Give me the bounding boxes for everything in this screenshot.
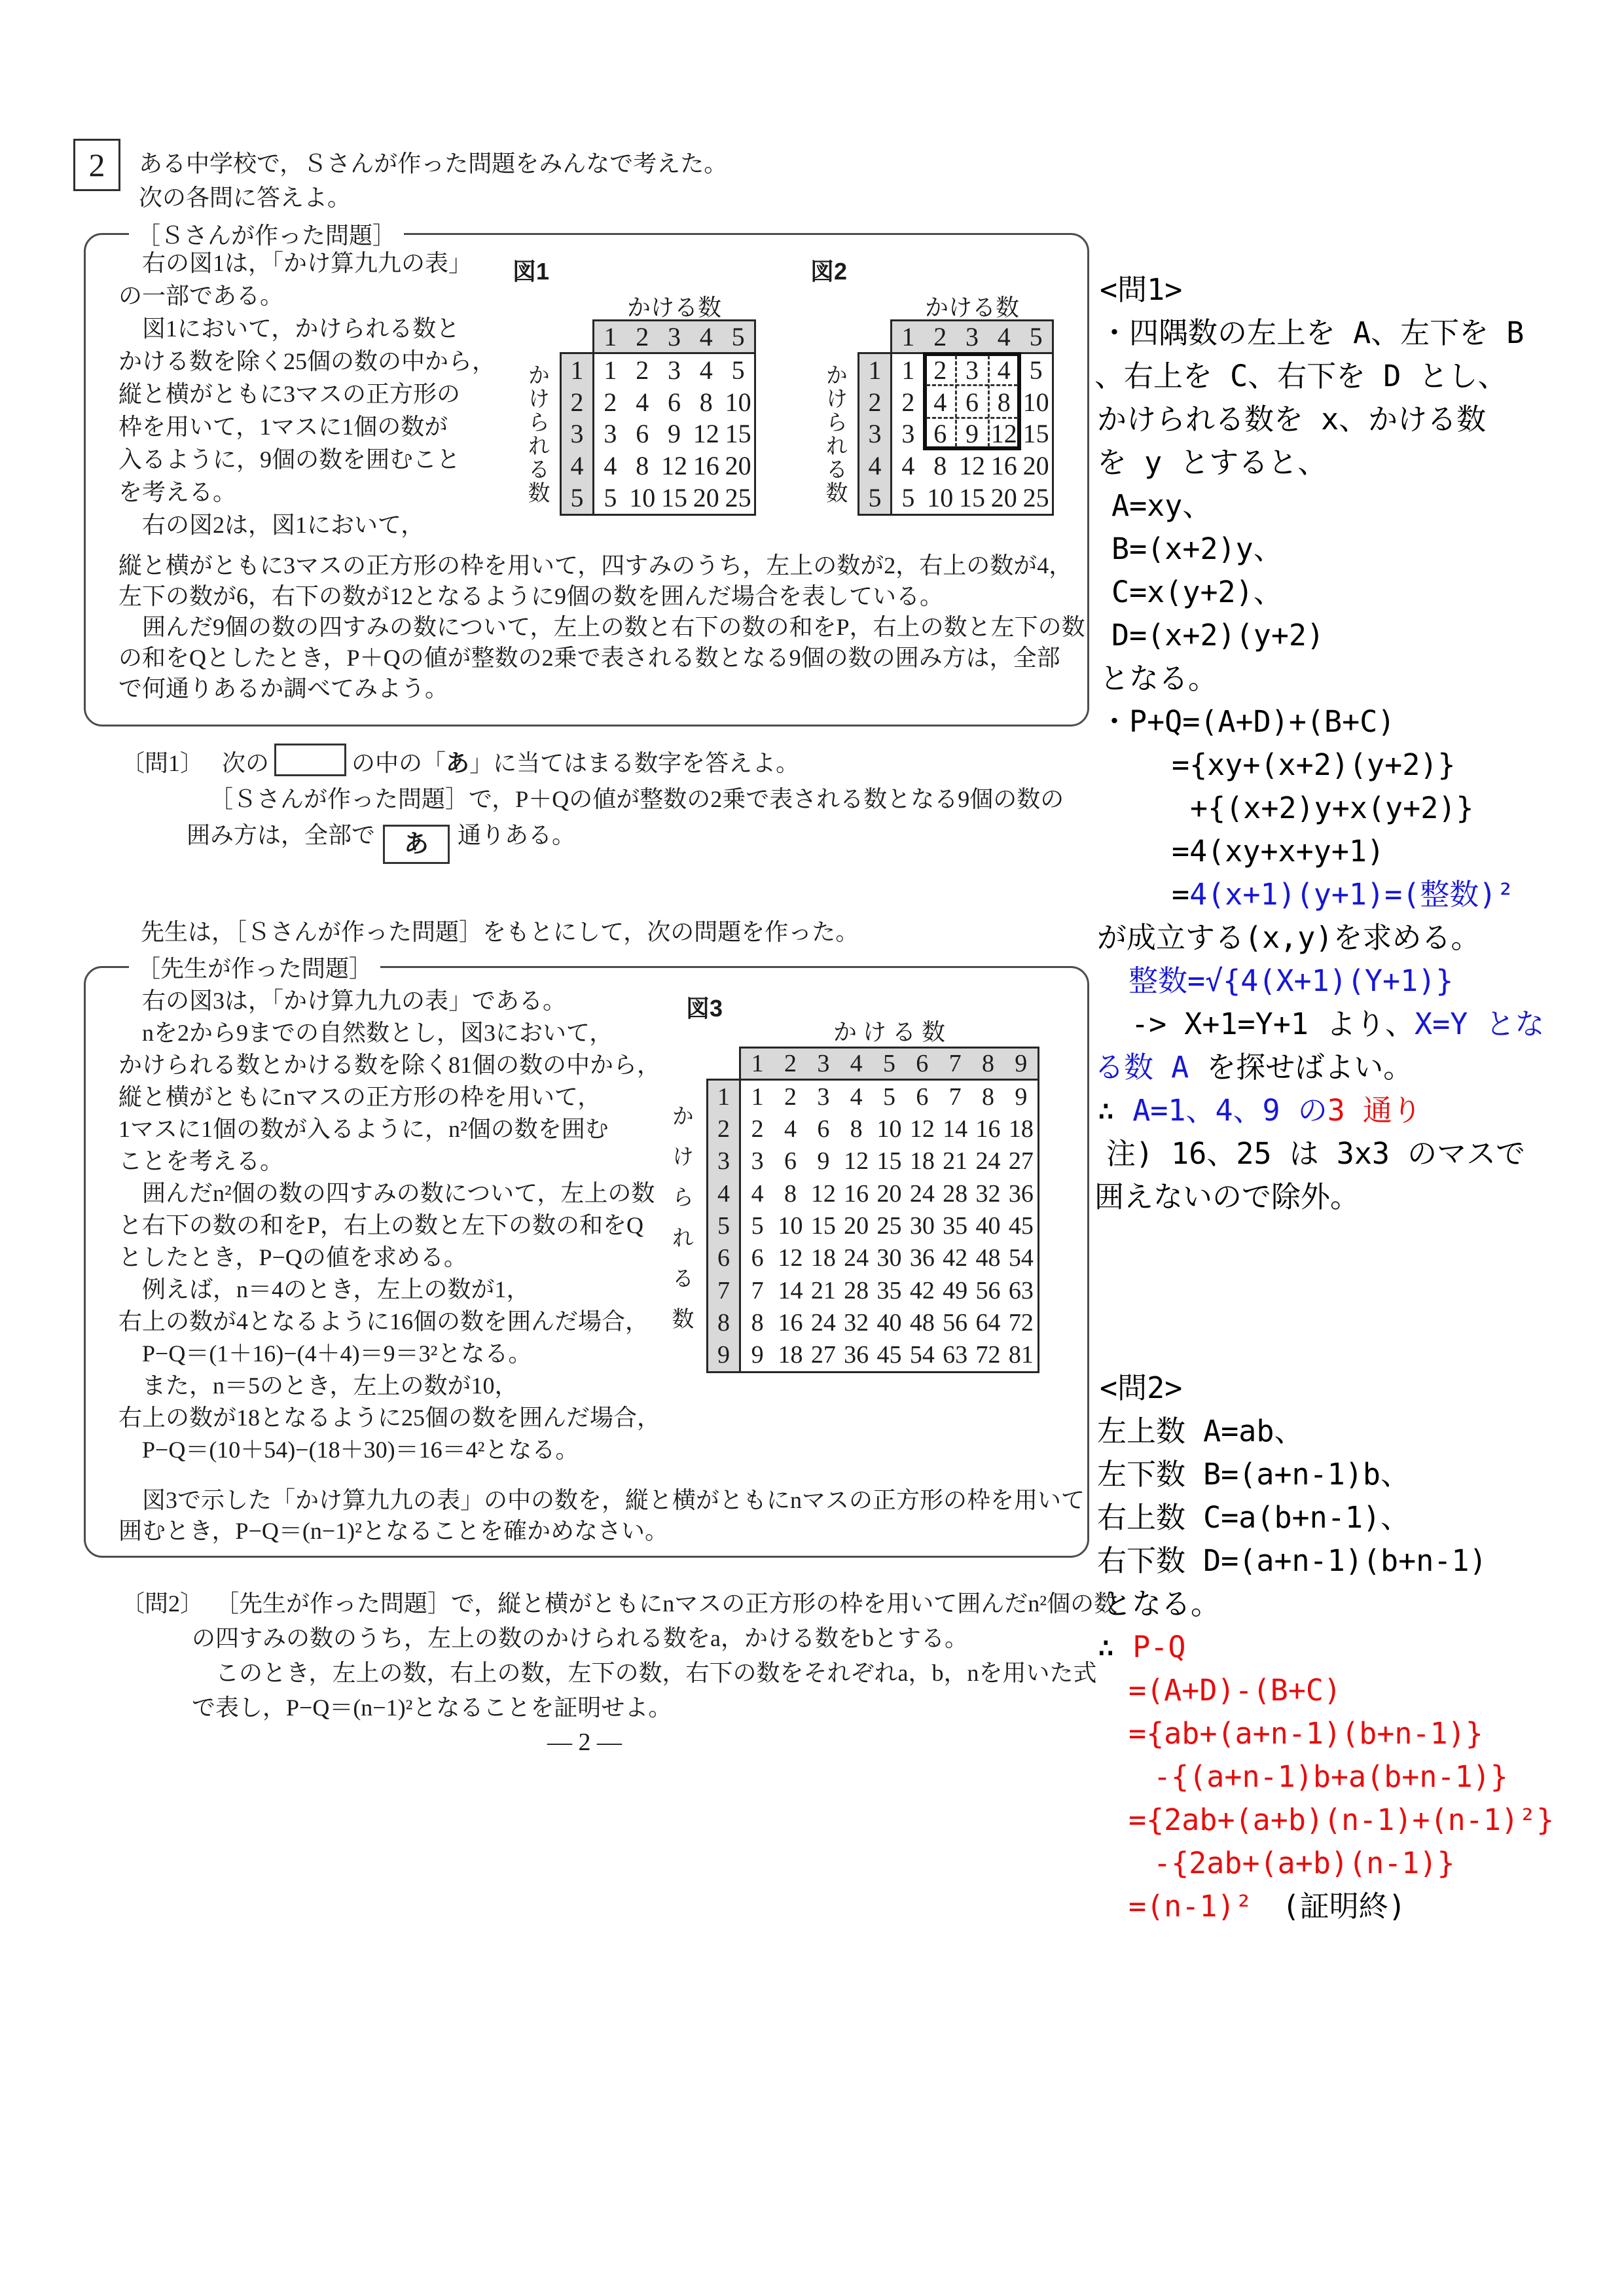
solution-line: D=(x+2)(y+2) <box>1094 614 1544 657</box>
box1-line: の和をQとしたとき，P＋Qの値が整数の2乗で表される数となる9個の数の囲み方は，… <box>118 643 1085 673</box>
solution-line: を y とすると、 <box>1094 441 1544 484</box>
figure-label: 図2 <box>810 253 847 287</box>
table-header-cell: 8 <box>708 1306 739 1338</box>
table-cell: 8 <box>741 1306 774 1338</box>
table-header-cell: 4 <box>840 1049 873 1079</box>
table-cell: 42 <box>906 1274 939 1306</box>
multiplication-table: 1234567891234567891234567892468101214161… <box>706 1047 1039 1373</box>
table-cell: 56 <box>939 1306 971 1338</box>
box1-line: 縦と横がともに3マスの正方形の <box>118 378 496 410</box>
table-cell: 72 <box>971 1339 1004 1371</box>
box2-line: と右下の数の和をP，右上の数と左下の数の和をQ <box>118 1210 660 1242</box>
table-cell: 16 <box>840 1177 873 1210</box>
table-header-cell: 9 <box>708 1339 739 1371</box>
table-cell: 9 <box>807 1145 840 1177</box>
table-cell: 28 <box>840 1274 873 1306</box>
solution-line: 注) 16、25 は 3x3 のマスで <box>1094 1132 1544 1175</box>
table-cell: 20 <box>988 482 1020 514</box>
table-header-cell: 4 <box>690 321 722 352</box>
table-cell: 6 <box>774 1145 806 1177</box>
table-cell: 2 <box>741 1113 774 1145</box>
table-cell: 6 <box>741 1242 774 1274</box>
box2-line: P−Q＝(10＋54)−(18＋30)＝16＝4²となる。 <box>118 1434 660 1466</box>
box2-line: 図3で示した「かけ算九九の表」の中の数を，縦と横がともにnマスの正方形の枠を用い… <box>118 1485 1085 1516</box>
table-cell: 7 <box>741 1274 774 1306</box>
solution-text-segment: C=x(y+2)、 <box>1111 575 1283 609</box>
table-header-cell: 1 <box>892 321 924 352</box>
solution-text-segment: を探せばよい。 <box>1206 1050 1413 1085</box>
multiplicand-axis-label: かけられる数 <box>520 352 552 516</box>
q1-text: 通りある。 <box>458 822 575 848</box>
table-cell: 4 <box>626 386 659 418</box>
solution-text-segment: が成立する(x,y)を求める。 <box>1097 920 1480 955</box>
table-header-cell: 3 <box>807 1049 840 1079</box>
solution-text-segment: ・四隅数の左上を A、左下を B <box>1100 315 1524 350</box>
table-body: 1234567892468101214161836912151821242748… <box>739 1079 1039 1373</box>
solution-text-segment: <問1> <box>1100 272 1182 307</box>
box2-line: 右上の数が4となるように16個の数を囲んだ場合， <box>118 1306 660 1338</box>
solution-line: 右下数 D=(a+n-1)(b+n-1) <box>1094 1539 1554 1583</box>
table-cell: 14 <box>774 1274 806 1306</box>
multiplier-axis-label: か け る 数 <box>739 1014 1039 1047</box>
table-header-cell: 6 <box>906 1049 939 1079</box>
table-cell: 10 <box>924 482 956 514</box>
table-header-cell: 9 <box>1005 1049 1038 1079</box>
table-cell: 45 <box>1005 1210 1038 1242</box>
table-cell: 18 <box>1005 1113 1038 1145</box>
table-header-column: 123456789 <box>706 1079 739 1373</box>
table-cell: 24 <box>971 1145 1004 1177</box>
solution-line: ∴ P-Q <box>1094 1626 1554 1669</box>
handwritten-solution-q1: <問1>・四隅数の左上を A、左下を B、右上を C、右下を D とし、かけられ… <box>1094 268 1544 1219</box>
table-cell: 4 <box>690 354 722 386</box>
table-cell: 5 <box>873 1081 905 1113</box>
solution-text-segment: ={ab+(a+n-1)(b+n-1)} <box>1128 1716 1483 1751</box>
table-header-cell: 2 <box>859 386 890 418</box>
table-header-cell: 5 <box>859 482 890 514</box>
box1-paragraph-full: 縦と横がともに3マスの正方形の枠を用いて，四すみのうち，左上の数が2，右上の数が… <box>118 550 1085 704</box>
solution-line: ={xy+(x+2)(y+2)} <box>1094 744 1544 787</box>
table-cell: 5 <box>594 482 626 514</box>
solution-text-segment: X=Y とな <box>1415 1007 1544 1041</box>
table-cell: 18 <box>774 1339 806 1371</box>
solution-line: 整数=√{4(X+1)(Y+1)} <box>1094 960 1544 1003</box>
table-cell: 54 <box>1005 1242 1038 1274</box>
solution-line: 右上数 C=a(b+n-1)、 <box>1094 1496 1554 1539</box>
solution-line: 、右上を C、右下を D とし、 <box>1094 355 1544 398</box>
table-cell: 36 <box>840 1339 873 1371</box>
box2-line: 右の図3は，「かけ算九九の表」である。 <box>118 985 660 1017</box>
table-cell: 16 <box>690 450 722 482</box>
dashed-grid-line <box>988 355 990 447</box>
table-cell: 8 <box>626 450 659 482</box>
solution-text-segment: となる。 <box>1102 1587 1220 1621</box>
teacher-intro-line: 先生は，［Ｓさんが作った問題］をもとにして，次の問題を作った。 <box>141 914 859 947</box>
question-2-tag: 〔問2〕 <box>121 1590 204 1617</box>
table-header-cell: 1 <box>859 354 890 386</box>
question-2-line-4: で表し，P−Q＝(n−1)²となることを証明せよ。 <box>121 1691 1117 1725</box>
box1-line: 縦と横がともに3マスの正方形の枠を用いて，四すみのうち，左上の数が2，右上の数が… <box>118 550 1085 581</box>
question-2-line-3: このとき，左上の数，右上の数，左下の数，右下の数をそれぞれa，b，nを用いた式 <box>121 1656 1117 1691</box>
table-cell: 18 <box>807 1242 840 1274</box>
table-cell: 1 <box>892 354 924 386</box>
table-header-cell: 4 <box>562 450 592 482</box>
table-cell: 4 <box>774 1113 806 1145</box>
solution-line: =4(xy+x+y+1) <box>1094 830 1544 873</box>
solution-text-segment: る数 A <box>1094 1050 1206 1085</box>
table-cell: 24 <box>906 1177 939 1210</box>
table-cell: 45 <box>873 1339 905 1371</box>
table-header-cell: 7 <box>708 1274 739 1306</box>
solution-text-segment: 3 通り <box>1327 1093 1422 1128</box>
q1-text: 囲み方は，全部で <box>187 822 375 848</box>
solution-line: =(n-1)² (証明終) <box>1094 1885 1554 1928</box>
table-header-cell: 8 <box>971 1049 1004 1079</box>
solution-line: となる。 <box>1094 1583 1554 1626</box>
table-cell: 10 <box>774 1210 806 1242</box>
table-cell: 12 <box>807 1177 840 1210</box>
solution-line: が成立する(x,y)を求める。 <box>1094 916 1544 960</box>
box1-line: を考える。 <box>118 476 496 509</box>
table-cell: 5 <box>722 354 754 386</box>
table-cell: 20 <box>1020 450 1052 482</box>
solution-line: ={ab+(a+n-1)(b+n-1)} <box>1094 1712 1554 1755</box>
box2-line: 囲むとき，P−Q＝(n−1)²となることを確かめなさい。 <box>118 1516 1085 1547</box>
solution-text-segment: -{2ab+(a+b)(n-1)} <box>1153 1846 1455 1880</box>
table-header-cell: 2 <box>626 321 659 352</box>
solution-text-segment: かけられる数を x、かける数 <box>1097 402 1486 437</box>
solution-text-segment: 右下数 D=(a+n-1)(b+n-1) <box>1097 1543 1487 1578</box>
table-cell: 10 <box>722 386 754 418</box>
table-cell: 5 <box>741 1210 774 1242</box>
solution-text-segment: -{(a+n-1)b+a(b+n-1)} <box>1153 1759 1508 1794</box>
figure-label: 図1 <box>513 253 549 287</box>
table-cell: 81 <box>1005 1339 1038 1371</box>
box1-line: の一部である。 <box>118 279 496 312</box>
solution-text-segment: A=1、4、9 の <box>1132 1093 1327 1128</box>
table-cell: 15 <box>1020 418 1052 450</box>
page-number: ― 2 ― <box>84 1728 1085 1757</box>
solution-text-segment: 整数=√{4(X+1)(Y+1)} <box>1128 963 1453 998</box>
q1-text: の中の「 <box>352 750 446 776</box>
table-header-cell: 4 <box>859 450 890 482</box>
intro-line: 次の各問に答えよ。 <box>139 181 727 215</box>
table-header-cell: 1 <box>562 354 592 386</box>
table-cell: 6 <box>659 386 691 418</box>
box2-line: としたとき，P−Qの値を求める。 <box>118 1242 660 1274</box>
table-cell: 2 <box>626 354 659 386</box>
table-cell: 64 <box>971 1306 1004 1338</box>
table-header-cell: 5 <box>873 1049 905 1079</box>
box2-line: ことを考える。 <box>118 1145 660 1177</box>
handwritten-solution-q2: <問2>左上数 A=ab、左下数 B=(a+n-1)b、右上数 C=a(b+n-… <box>1094 1367 1554 1928</box>
table-cell: 6 <box>906 1081 939 1113</box>
teacher-problem-box: ［先生が作った問題］ 右の図3は，「かけ算九九の表」である。 nを2から9までの… <box>84 966 1089 1558</box>
table-cell: 24 <box>807 1306 840 1338</box>
table-cell: 14 <box>939 1113 971 1145</box>
solution-text-segment: B=(x+2)y、 <box>1111 531 1283 566</box>
table-cell: 6 <box>626 418 659 450</box>
solution-text-segment: となる。 <box>1100 661 1218 696</box>
dashed-grid-line <box>955 355 957 447</box>
table-header-cell: 1 <box>741 1049 774 1079</box>
table-cell: 72 <box>1005 1306 1038 1338</box>
solution-text-segment: ・P+Q=(A+D)+(B+C) <box>1100 704 1395 739</box>
table-cell: 24 <box>840 1242 873 1274</box>
solution-line: -{2ab+(a+b)(n-1)} <box>1094 1842 1554 1885</box>
table-cell: 27 <box>807 1339 840 1371</box>
solution-line: 左下数 B=(a+n-1)b、 <box>1094 1453 1554 1496</box>
table-cell: 3 <box>807 1081 840 1113</box>
solution-line: +{(x+2)y+x(y+2)} <box>1094 787 1544 830</box>
table-cell: 12 <box>906 1113 939 1145</box>
table-cell: 48 <box>906 1306 939 1338</box>
table-cell: 6 <box>807 1113 840 1145</box>
kana-a-label: あ <box>446 749 469 776</box>
multiplication-table: 1234512345123452468103691215481216205101… <box>560 319 756 516</box>
table-cell: 15 <box>659 482 691 514</box>
box2-line: かけられる数とかける数を除く81個の数の中から， <box>118 1049 660 1081</box>
table-cell: 16 <box>988 450 1020 482</box>
solution-line: =4(x+1)(y+1)=(整数)² <box>1094 873 1544 916</box>
table-cell: 16 <box>971 1113 1004 1145</box>
box1-line: 右の図1は，「かけ算九九の表」 <box>118 247 496 279</box>
table-header-cell: 2 <box>562 386 592 418</box>
solution-line: 囲えないので除外。 <box>1094 1175 1544 1219</box>
table-cell: 5 <box>892 482 924 514</box>
table-cell: 2 <box>774 1081 806 1113</box>
box1-line: 図1において，かけられる数と <box>118 312 496 345</box>
table-cell: 21 <box>939 1145 971 1177</box>
box2-line: nを2から9までの自然数とし，図3において， <box>118 1017 660 1049</box>
table-cell: 63 <box>1005 1274 1038 1306</box>
q1-text: 次の <box>222 750 269 776</box>
table-cell: 49 <box>939 1274 971 1306</box>
table-header-cell: 7 <box>939 1049 971 1079</box>
box2-line: 1マスに1個の数が入るように，n²個の数を囲む <box>118 1113 660 1145</box>
table-cell: 12 <box>840 1145 873 1177</box>
question-1: 〔問1〕次のの中の「あ」に当てはまる数字を答えよ。 ［Ｓさんが作った問題］で，P… <box>121 744 1064 864</box>
solution-text-segment: ={xy+(x+2)(y+2)} <box>1172 747 1455 782</box>
table-cell: 15 <box>956 482 988 514</box>
table-header-cell: 3 <box>708 1145 739 1177</box>
figure-label: 図3 <box>686 990 723 1024</box>
question-2-line-1: 〔問2〕［先生が作った問題］で，縦と横がともにnマスの正方形の枠を用いて囲んだn… <box>121 1587 1117 1621</box>
solution-text-segment: <問2> <box>1100 1371 1182 1405</box>
box2-line: 縦と横がともにnマスの正方形の枠を用いて， <box>118 1081 660 1113</box>
multiplier-axis-label: かける数 <box>890 289 1054 323</box>
solution-line: -> X+1=Y+1 より、X=Y とな <box>1094 1003 1544 1046</box>
table-header-column: 12345 <box>857 352 890 516</box>
table-cell: 7 <box>939 1081 971 1113</box>
table-cell: 5 <box>1020 354 1052 386</box>
solution-line: 左上数 A=ab、 <box>1094 1410 1554 1453</box>
table-cell: 1 <box>741 1081 774 1113</box>
table-cell: 48 <box>971 1242 1004 1274</box>
solution-text-segment: = <box>1172 877 1189 912</box>
table-header-cell: 3 <box>859 418 890 450</box>
table-header-cell: 2 <box>708 1113 739 1145</box>
table-header-cell: 3 <box>956 321 988 352</box>
table-cell: 30 <box>906 1210 939 1242</box>
table-cell: 25 <box>722 482 754 514</box>
solution-line: -{(a+n-1)b+a(b+n-1)} <box>1094 1755 1554 1799</box>
answer-blank-box <box>274 744 346 776</box>
solution-text-segment: ∴ <box>1097 1630 1132 1664</box>
box1-label: ［Ｓさんが作った問題］ <box>129 217 404 251</box>
table-header-cell: 5 <box>708 1210 739 1242</box>
table-cell: 3 <box>594 418 626 450</box>
solution-line: かけられる数を x、かける数 <box>1094 398 1544 441</box>
solution-line: る数 A を探せばよい。 <box>1094 1046 1544 1089</box>
box1-paragraph: 右の図1は，「かけ算九九の表」の一部である。 図1において，かけられる数とかける… <box>118 247 496 541</box>
solution-text-segment: =4(xy+x+y+1) <box>1172 834 1384 869</box>
solution-text-segment: D=(x+2)(y+2) <box>1111 618 1324 653</box>
table-cell: 9 <box>659 418 691 450</box>
table-cell: 8 <box>840 1113 873 1145</box>
table-cell: 20 <box>690 482 722 514</box>
question-1-line-1: 〔問1〕次のの中の「あ」に当てはまる数字を答えよ。 <box>121 744 1064 781</box>
table-cell: 10 <box>873 1113 905 1145</box>
question-1-tag: 〔問1〕 <box>121 750 204 776</box>
solution-line: ∴ A=1、4、9 の3 通り <box>1094 1089 1544 1132</box>
table-header-row: 123456789 <box>739 1047 1039 1079</box>
q2-text: ［先生が作った問題］で，縦と横がともにnマスの正方形の枠を用いて囲んだn²個の数 <box>227 1590 1117 1617</box>
table-cell: 10 <box>1020 386 1052 418</box>
solution-text-segment: 左上数 A=ab、 <box>1097 1414 1303 1448</box>
table-cell: 2 <box>892 386 924 418</box>
table-cell: 40 <box>873 1306 905 1338</box>
solution-line: ・P+Q=(A+D)+(B+C) <box>1094 700 1544 744</box>
box2-line: 例えば，n＝4のとき，左上の数が1， <box>118 1274 660 1306</box>
box2-line: 右上の数が18となるように25個の数を囲んだ場合， <box>118 1402 660 1434</box>
intro-text: ある中学校で，Ｓさんが作った問題をみんなで考えた。次の各問に答えよ。 <box>139 147 727 215</box>
table-cell: 32 <box>971 1177 1004 1210</box>
table-cell: 27 <box>1005 1145 1038 1177</box>
box2-paragraph-full: 図3で示した「かけ算九九の表」の中の数を，縦と横がともにnマスの正方形の枠を用い… <box>118 1485 1085 1547</box>
solution-line: B=(x+2)y、 <box>1094 528 1544 571</box>
multiplicand-axis-label: かけられる数 <box>664 1079 696 1373</box>
solution-text-segment: (証明終) <box>1253 1889 1406 1924</box>
multiplicand-axis-label: かけられる数 <box>818 352 850 516</box>
table-cell: 20 <box>873 1177 905 1210</box>
table-body: 12345246810369121548121620510152025 <box>592 352 756 516</box>
table-header-cell: 6 <box>708 1242 739 1274</box>
table-cell: 16 <box>774 1306 806 1338</box>
table-cell: 20 <box>840 1210 873 1242</box>
table-cell: 8 <box>924 450 956 482</box>
table-cell: 42 <box>939 1242 971 1274</box>
solution-line: A=xy、 <box>1094 484 1544 528</box>
box2-line: また，n＝5のとき，左上の数が10， <box>118 1370 660 1402</box>
question-1-line-3: 囲み方は，全部であ通りある。 <box>121 817 1064 864</box>
table-header-cell: 1 <box>708 1081 739 1113</box>
solution-text-segment: 注) 16、25 は 3x3 のマスで <box>1106 1136 1525 1171</box>
box1-line: かける数を除く25個の数の中から， <box>118 345 496 378</box>
solution-text-segment: P-Q <box>1132 1630 1185 1664</box>
solution-line: =(A+D)-(B+C) <box>1094 1669 1554 1712</box>
table-header-cell: 4 <box>988 321 1020 352</box>
multiplication-table: 1234512345123452468103691215481216205101… <box>857 319 1054 516</box>
table-cell: 4 <box>892 450 924 482</box>
solution-text-segment: -> X+1=Y+1 より、 <box>1131 1007 1415 1041</box>
table-cell: 35 <box>939 1210 971 1242</box>
table-cell: 4 <box>741 1177 774 1210</box>
table-cell: 4 <box>594 450 626 482</box>
table-cell: 3 <box>659 354 691 386</box>
student-problem-box: ［Ｓさんが作った問題］ 右の図1は，「かけ算九九の表」の一部である。 図1におい… <box>84 233 1089 726</box>
solution-text-segment: 左下数 B=(a+n-1)b、 <box>1097 1457 1410 1492</box>
table-cell: 9 <box>741 1339 774 1371</box>
box1-line: 左下の数が6，右下の数が12となるように9個の数を囲んだ場合を表している。 <box>118 581 1085 612</box>
table-cell: 2 <box>594 386 626 418</box>
dashed-grid-line <box>926 417 1018 419</box>
table-header-cell: 3 <box>659 321 691 352</box>
table-header-cell: 5 <box>722 321 754 352</box>
solution-text-segment: 囲えないので除外。 <box>1094 1179 1360 1214</box>
table-header-cell: 2 <box>924 321 956 352</box>
table-cell: 35 <box>873 1274 905 1306</box>
solution-line: となる。 <box>1094 657 1544 700</box>
table-header-cell: 5 <box>1020 321 1052 352</box>
table-cell: 21 <box>807 1274 840 1306</box>
box1-line: 入るように，9個の数を囲むこと <box>118 443 496 476</box>
box1-line: 囲んだ9個の数の四すみの数について，左上の数と右下の数の和をP，右上の数と左下の… <box>118 612 1085 643</box>
multiplier-axis-label: かける数 <box>592 289 756 323</box>
box2-label: ［先生が作った問題］ <box>129 950 380 984</box>
box2-paragraph: 右の図3は，「かけ算九九の表」である。 nを2から9までの自然数とし，図3におい… <box>118 985 660 1466</box>
table-cell: 9 <box>1005 1081 1038 1113</box>
table-cell: 54 <box>906 1339 939 1371</box>
solution-text-segment: A=xy、 <box>1111 488 1212 523</box>
table-cell: 32 <box>840 1306 873 1338</box>
table-cell: 40 <box>971 1210 1004 1242</box>
table-cell: 8 <box>690 386 722 418</box>
table-cell: 12 <box>690 418 722 450</box>
table-header-cell: 3 <box>562 418 592 450</box>
solution-text-segment: 4(x+1)(y+1)=(整数)² <box>1189 877 1514 912</box>
solution-line: <問2> <box>1094 1367 1554 1410</box>
solution-text-segment: を y とすると、 <box>1097 445 1327 480</box>
dashed-grid-line <box>926 384 1018 386</box>
table-cell: 36 <box>1005 1177 1038 1210</box>
table-cell: 3 <box>892 418 924 450</box>
table-cell: 8 <box>971 1081 1004 1113</box>
table-cell: 1 <box>594 354 626 386</box>
table-cell: 18 <box>906 1145 939 1177</box>
problem-number-box: 2 <box>73 139 120 191</box>
solution-text-segment: =(n-1)² <box>1128 1889 1253 1924</box>
solution-line: C=x(y+2)、 <box>1094 571 1544 614</box>
box1-line: 右の図2は，図1において， <box>118 509 496 541</box>
exam-page: 2 ある中学校で，Ｓさんが作った問題をみんなで考えた。次の各問に答えよ。 ［Ｓさ… <box>0 0 1624 2296</box>
table-cell: 4 <box>840 1081 873 1113</box>
box2-line: P−Q＝(1＋16)−(4＋4)＝9＝3²となる。 <box>118 1338 660 1370</box>
table-cell: 12 <box>659 450 691 482</box>
table-header-row: 12345 <box>592 319 756 352</box>
solution-text-segment: ∴ <box>1097 1093 1132 1128</box>
table-cell: 12 <box>774 1242 806 1274</box>
q1-text: 」に当てはまる数字を答えよ。 <box>469 750 799 776</box>
table-cell: 3 <box>741 1145 774 1177</box>
box1-line: で何通りあるか調べてみよう。 <box>118 673 1085 704</box>
table-cell: 25 <box>1020 482 1052 514</box>
box1-line: 枠を用いて，1マスに1個の数が <box>118 410 496 443</box>
solution-text-segment: 、右上を C、右下を D とし、 <box>1094 359 1507 393</box>
intro-line: ある中学校で，Ｓさんが作った問題をみんなで考えた。 <box>139 147 727 181</box>
table-cell: 36 <box>906 1242 939 1274</box>
table-header-cell: 4 <box>708 1177 739 1210</box>
